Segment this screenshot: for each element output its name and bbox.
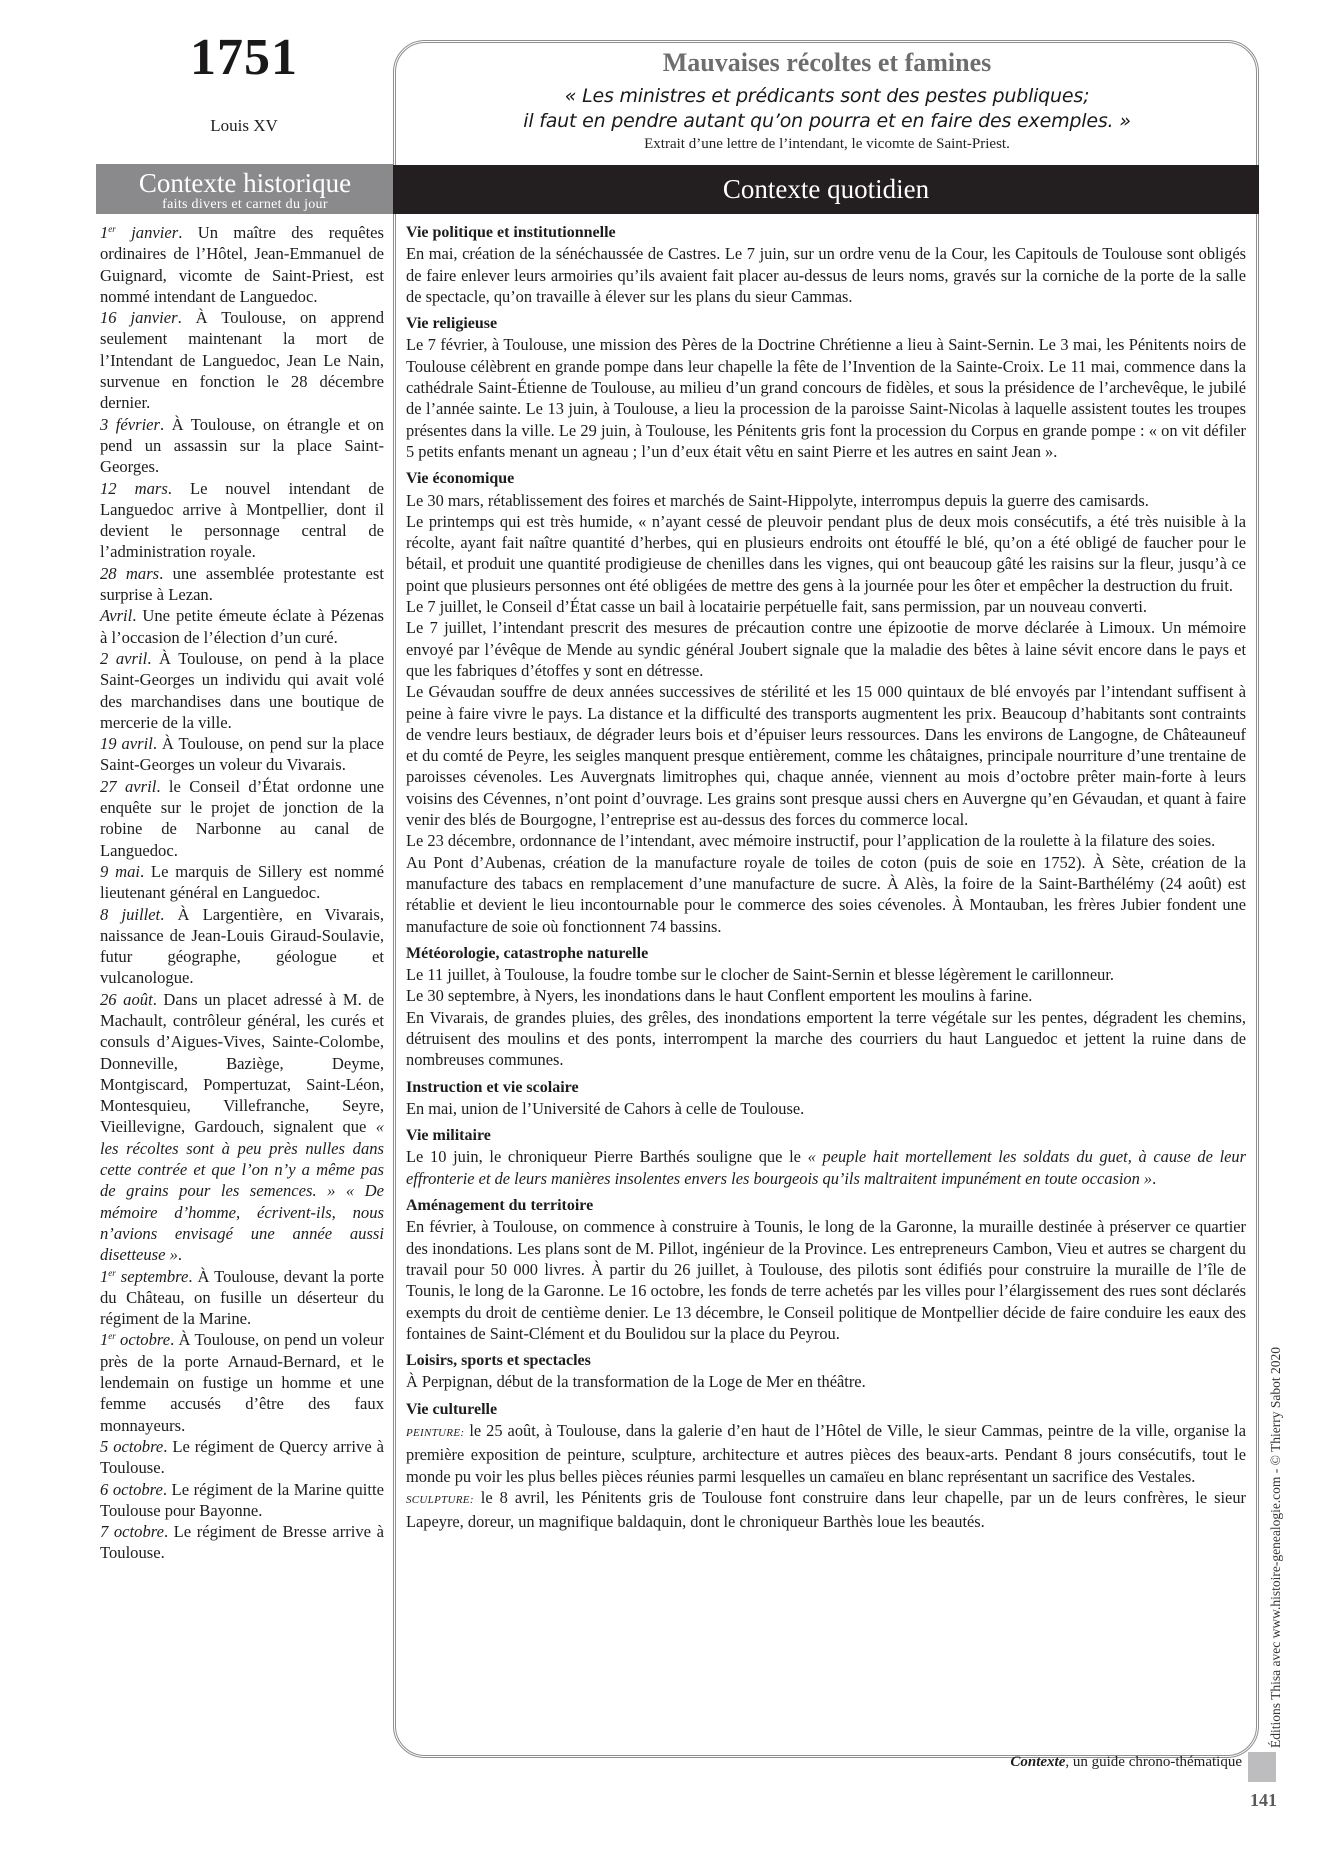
year-title: 1751 — [98, 28, 390, 87]
page-number: 141 — [1250, 1790, 1277, 1811]
section-paragraph: En Vivarais, de grandes pluies, des grêl… — [406, 1007, 1246, 1071]
entry-date: 19 avril — [100, 734, 153, 753]
section-paragraph: Le 7 février, à Toulouse, une mission de… — [406, 334, 1246, 462]
entry-date: 12 mars — [100, 479, 168, 498]
culture-label: SCULPTURE: — [406, 1494, 474, 1506]
section-heading: Météorologie, catastrophe naturelle — [406, 943, 1246, 964]
entry-date: 7 octobre — [100, 1522, 164, 1541]
historical-entry: 12 mars. Le nouvel intendant de Languedo… — [100, 478, 384, 563]
daily-sections: Vie politique et institutionnelle En mai… — [406, 222, 1246, 1539]
historical-entry: 2 avril. À Toulouse, on pend à la place … — [100, 648, 384, 733]
culture-label: PEINTURE: — [406, 1427, 464, 1439]
section-paragraph: Le 11 juillet, à Toulouse, la foudre tom… — [406, 964, 1246, 985]
entry-quote: « les récoltes sont à peu près nulles da… — [100, 1117, 384, 1264]
section-paragraph: En février, à Toulouse, on commence à co… — [406, 1216, 1246, 1344]
page-tab-marker — [1248, 1752, 1276, 1782]
entry-date: 1er septembre — [100, 1267, 188, 1286]
section-heading: Instruction et vie scolaire — [406, 1077, 1246, 1098]
historical-context-subtitle: faits divers et carnet du jour — [96, 198, 394, 212]
section-paragraph: Le Gévaudan souffre de deux années succe… — [406, 681, 1246, 830]
historical-entry: 9 mai. Le marquis de Sillery est nommé l… — [100, 861, 384, 904]
section-paragraph: En mai, union de l’Université de Cahors … — [406, 1098, 1246, 1119]
historical-entry: Avril. Une petite émeute éclate à Pézena… — [100, 605, 384, 648]
historical-entry: 3 février. À Toulouse, on étrangle et on… — [100, 414, 384, 478]
entry-date: 1er octobre — [100, 1330, 170, 1349]
historical-entry: 1er octobre. À Toulouse, on pend un vole… — [100, 1329, 384, 1435]
section-religious: Vie religieuse Le 7 février, à Toulouse,… — [406, 313, 1246, 462]
entry-date: 26 août — [100, 990, 153, 1009]
entry-date: 27 avril — [100, 777, 156, 796]
section-paragraph: Le 30 septembre, à Nyers, les inondation… — [406, 985, 1246, 1006]
historical-entry: 6 octobre. Le régiment de la Marine quit… — [100, 1479, 384, 1522]
entry-date: 28 mars — [100, 564, 159, 583]
section-heading: Vie politique et institutionnelle — [406, 222, 1246, 243]
section-paragraph: À Perpignan, début de la transformation … — [406, 1371, 1246, 1392]
historical-context-header: Contexte historique faits divers et carn… — [96, 164, 394, 214]
section-heading: Aménagement du territoire — [406, 1195, 1246, 1216]
reigning-king: Louis XV — [98, 116, 390, 136]
culture-sculpture: SCULPTURE: le 8 avril, les Pénitents gri… — [406, 1487, 1246, 1533]
historical-entry: 5 octobre. Le régiment de Quercy arrive … — [100, 1436, 384, 1479]
section-paragraph: Au Pont d’Aubenas, création de la manufa… — [406, 852, 1246, 937]
section-political: Vie politique et institutionnelle En mai… — [406, 222, 1246, 307]
historical-entry: 19 avril. À Toulouse, on pend sur la pla… — [100, 733, 384, 776]
section-leisure: Loisirs, sports et spectacles À Perpigna… — [406, 1350, 1246, 1393]
historical-entry: 28 mars. une assemblée protestante est s… — [100, 563, 384, 606]
section-planning: Aménagement du territoire En février, à … — [406, 1195, 1246, 1344]
entry-date: 2 avril — [100, 649, 147, 668]
section-heading: Loisirs, sports et spectacles — [406, 1350, 1246, 1371]
entry-date: 8 juillet — [100, 905, 160, 924]
section-paragraph: Le 23 décembre, ordonnance de l’intendan… — [406, 830, 1246, 851]
section-heading: Vie culturelle — [406, 1399, 1246, 1420]
section-heading: Vie religieuse — [406, 313, 1246, 334]
historical-entry: 7 octobre. Le régiment de Bresse arrive … — [100, 1521, 384, 1564]
daily-context-header: Contexte quotidien — [393, 165, 1259, 214]
featured-quote: « Les ministres et prédicants sont des p… — [396, 84, 1258, 134]
section-heading: Vie économique — [406, 468, 1246, 489]
section-paragraph: Le 10 juin, le chroniqueur Pierre Barthé… — [406, 1146, 1246, 1189]
section-paragraph: Le printemps qui est très humide, « n’ay… — [406, 511, 1246, 596]
historical-entry: 27 avril. le Conseil d’État ordonne une … — [100, 776, 384, 861]
entry-date: 1er janvier — [100, 223, 178, 242]
section-military: Vie militaire Le 10 juin, le chroniqueur… — [406, 1125, 1246, 1189]
section-weather: Météorologie, catastrophe naturelle Le 1… — [406, 943, 1246, 1071]
section-paragraph: Le 7 juillet, le Conseil d’État casse un… — [406, 596, 1246, 617]
quote-source: Extrait d’une lettre de l’intendant, le … — [396, 136, 1258, 153]
culture-painting: PEINTURE: le 25 août, à Toulouse, dans l… — [406, 1420, 1246, 1487]
historical-entry: 16 janvier. À Toulouse, on apprend seule… — [100, 307, 384, 413]
historical-entry: 26 août. Dans un placet adressé à M. de … — [100, 989, 384, 1266]
historical-entry: 1er septembre. À Toulouse, devant la por… — [100, 1266, 384, 1330]
entry-date: 3 février — [100, 415, 160, 434]
section-heading: Vie militaire — [406, 1125, 1246, 1146]
historical-entry: 8 juillet. À Largentière, en Vivarais, n… — [100, 904, 384, 989]
section-cultural: Vie culturelle PEINTURE: le 25 août, à T… — [406, 1399, 1246, 1533]
historical-entries: 1er janvier. Un maître des requêtes ordi… — [100, 222, 384, 1564]
guide-caption: Contexte, un guide chrono-thématique — [900, 1754, 1242, 1771]
entry-date: 6 octobre — [100, 1480, 163, 1499]
section-paragraph: Le 30 mars, rétablissement des foires et… — [406, 490, 1246, 511]
historical-context-title: Contexte historique — [96, 164, 394, 198]
entry-date: Avril — [100, 606, 132, 625]
historical-entry: 1er janvier. Un maître des requêtes ordi… — [100, 222, 384, 307]
section-paragraph: En mai, création de la sénéchaussée de C… — [406, 243, 1246, 307]
entry-date: 9 mai — [100, 862, 140, 881]
entry-date: 5 octobre — [100, 1437, 163, 1456]
section-economic: Vie économique Le 30 mars, rétablissemen… — [406, 468, 1246, 937]
section-education: Instruction et vie scolaire En mai, unio… — [406, 1077, 1246, 1120]
section-paragraph: Le 7 juillet, l’intendant prescrit des m… — [406, 617, 1246, 681]
box-title: Mauvaises récoltes et famines — [396, 48, 1258, 78]
entry-date: 16 janvier — [100, 308, 178, 327]
